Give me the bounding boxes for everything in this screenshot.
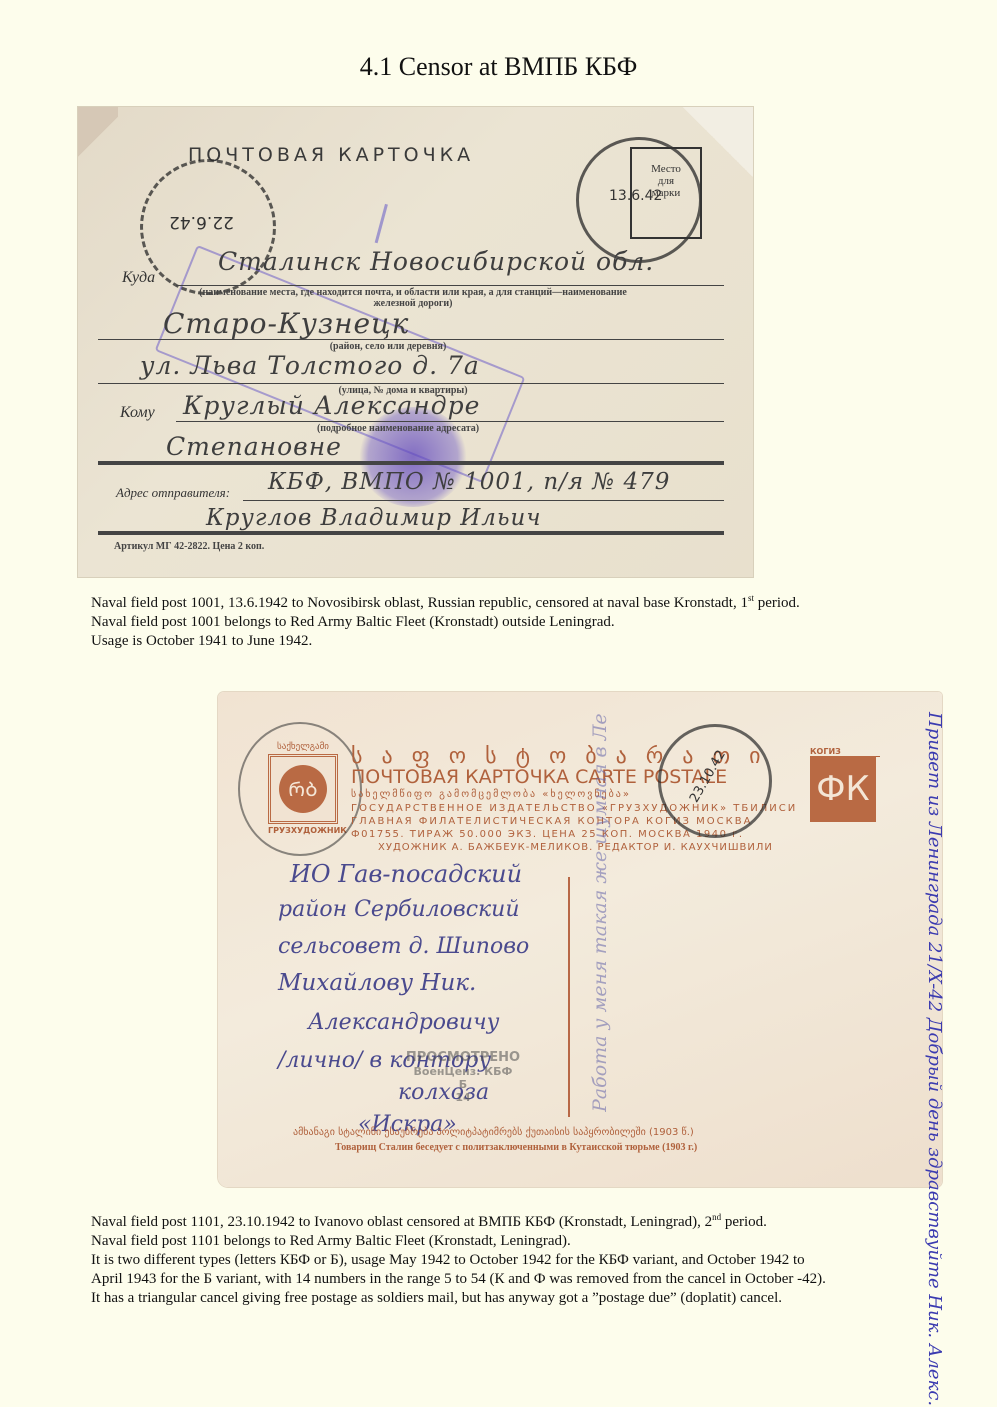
handwriting-whom: Круглый Александре bbox=[183, 391, 480, 420]
censor-stamp: ПРОСМОТРЕНО ВоенЦенз. КБФ Б 14 bbox=[398, 1050, 528, 1104]
censor-stamp-text: Б bbox=[398, 1078, 528, 1091]
postcard-1: ПОЧТОВАЯ КАРТОЧКА 22.6.42 13.6.42 Место … bbox=[78, 107, 753, 577]
handwriting-street: ул. Льва Толстого д. 7а bbox=[140, 351, 480, 380]
address-line: сельсовет д. Шипово bbox=[278, 934, 529, 959]
stamp-box-text: для bbox=[632, 175, 700, 187]
address-line: ИО Гав-посадский bbox=[290, 860, 522, 888]
censor-stamp-text: ВоенЦенз. КБФ bbox=[398, 1065, 528, 1078]
margin-note: Привет из Ленинграда 21/X-42 Добрый день… bbox=[890, 712, 946, 1172]
caption-2-line-1: Naval field post 1101, 23.10.1942 to Iva… bbox=[91, 1208, 826, 1232]
handwriting-sender-2: Круглов Владимир Ильич bbox=[206, 505, 542, 531]
postmark-left-date: 22.6.42 bbox=[169, 212, 234, 232]
form-line bbox=[176, 421, 724, 422]
form-line bbox=[98, 339, 724, 340]
caption-2-line-3: It is two different types (letters КБФ o… bbox=[91, 1251, 826, 1270]
censor-stamp-text: ПРОСМОТРЕНО bbox=[398, 1050, 528, 1065]
georgian-picture-caption: ამხანაგი სტალინი ესაუბრება პოლიტპატიმრებ… bbox=[293, 1127, 694, 1138]
form-line bbox=[98, 531, 724, 535]
postcard-2: საქხელგამი ᲠᲑ ГРУЗХУДОЖНИК ს ა ფ ო ს ტ ო… bbox=[218, 692, 942, 1187]
message-handwriting: Работа у меня такая же шумная в Ленингра… bbox=[588, 712, 868, 1112]
handwriting-to: Сталинск Новосибирской обл. bbox=[218, 247, 654, 276]
caption-1-line-1: Naval field post 1001, 13.6.1942 to Novo… bbox=[91, 589, 800, 613]
page-title: 4.1 Censor at ВМПБ КБФ bbox=[0, 52, 997, 82]
label-sender: Адрес отправителя: bbox=[116, 485, 230, 501]
caption-2-line-5: It has a triangular cancel giving free p… bbox=[91, 1289, 826, 1308]
form-line bbox=[98, 383, 724, 384]
handwriting-whom-2: Степановне bbox=[166, 432, 342, 461]
article-number: Артикул МГ 42-2822. Цена 2 коп. bbox=[114, 541, 264, 552]
address-line: район Сербиловский bbox=[278, 897, 519, 922]
form-line bbox=[176, 285, 724, 286]
caption-card-2: Naval field post 1101, 23.10.1942 to Iva… bbox=[91, 1208, 826, 1308]
censor-stamp-text: 14 bbox=[398, 1091, 528, 1104]
form-line bbox=[98, 461, 724, 465]
violet-mark bbox=[363, 201, 388, 244]
handwriting-sender: КБФ, ВМПО № 1001, п/я № 479 bbox=[268, 469, 670, 495]
caption-2-line-2: Naval field post 1101 belongs to Red Arm… bbox=[91, 1232, 826, 1251]
caption-1-line-3: Usage is October 1941 to June 1942. bbox=[91, 632, 800, 651]
stamp-placeholder-box: Место для марки bbox=[630, 147, 702, 239]
label-whom: Кому bbox=[120, 404, 155, 422]
stamp-box-text: марки bbox=[632, 187, 700, 199]
label-to: Куда bbox=[122, 269, 155, 287]
picture-caption: Товарищ Сталин беседует с политзаключенн… bbox=[335, 1142, 697, 1153]
caption-1-line-2: Naval field post 1001 belongs to Red Arm… bbox=[91, 613, 800, 632]
caption-card-1: Naval field post 1001, 13.6.1942 to Novo… bbox=[91, 589, 800, 651]
stamp-box-text: Место bbox=[632, 163, 700, 175]
address-line: Александровичу bbox=[308, 1010, 499, 1035]
caption-2-line-4: April 1943 for the Б variant, with 14 nu… bbox=[91, 1270, 826, 1289]
address-divider bbox=[568, 877, 570, 1117]
handwriting-district: Старо-Кузнецк bbox=[163, 307, 409, 340]
postmark-left-oval bbox=[238, 722, 362, 856]
hint-to: (наименование места, где находится почта… bbox=[178, 287, 648, 309]
form-line bbox=[243, 500, 724, 501]
address-line: Михайлову Ник. bbox=[278, 970, 476, 996]
